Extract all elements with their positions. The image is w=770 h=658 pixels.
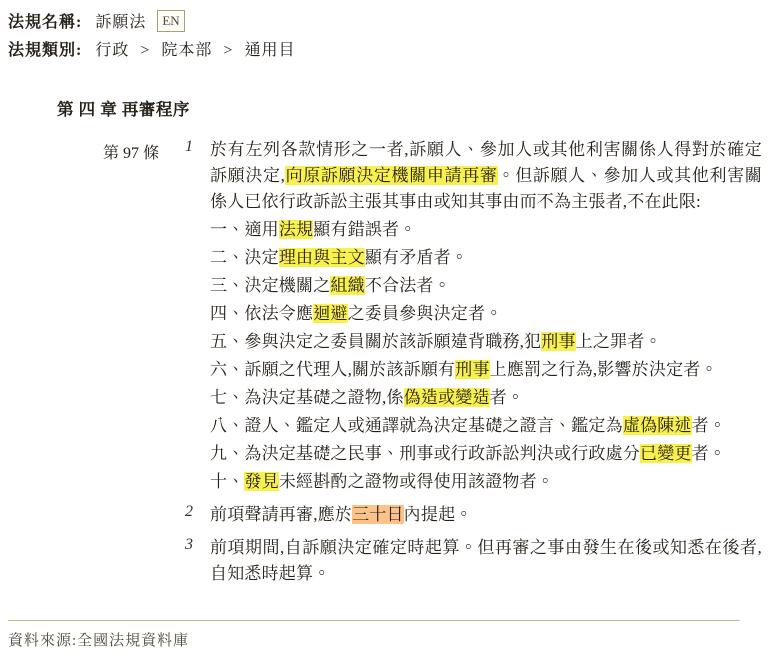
highlighted-text: 向原訴願決定機關申請再審 [285, 166, 497, 185]
text-segment: 三、決定機關之 [210, 276, 330, 295]
breadcrumb: 行政 > 院本部 > 通用目 [95, 42, 295, 59]
highlighted-text: 已變更 [640, 444, 692, 463]
english-version-badge[interactable]: EN [157, 10, 184, 32]
paragraph-1-body: 於有左列各款情形之一者,訴願人、參加人或其他利害關係人得對於確定訴願決定,向原訴… [210, 137, 762, 495]
highlighted-text: 法規 [279, 220, 313, 239]
article-number: 第 97 條 [103, 137, 185, 587]
text-segment: 前項期間,自訴願決定確定時起算。但再審之事由發生在後或知悉在後者,自知悉時起算。 [210, 538, 762, 583]
text-segment: 八、證人、鑑定人或通譯就為決定基礎之證言、鑑定為 [210, 416, 623, 435]
text-segment: 一、適用 [210, 220, 279, 239]
paragraph-list: 1 於有左列各款情形之一者,訴願人、參加人或其他利害關係人得對於確定訴願決定,向… [185, 137, 762, 587]
law-item: 一、適用法規顯有錯誤者。 [210, 217, 762, 243]
law-name-value: 訴願法 [95, 14, 146, 31]
paragraph-3: 3 前項期間,自訴願決定確定時起算。但再審之事由發生在後或知悉在後者,自知悉時起… [185, 535, 762, 587]
law-item: 四、依法令應迴避之委員參與決定者。 [210, 301, 762, 327]
text-segment: 七、為決定基礎之證物,係 [210, 388, 404, 407]
source-text: 資料來源:全國法規資料庫 [8, 633, 189, 649]
law-name-label: 法規名稱: [8, 14, 82, 31]
highlighted-text: 虛偽陳述 [623, 416, 692, 435]
paragraph-1-text: 於有左列各款情形之一者,訴願人、參加人或其他利害關係人得對於確定訴願決定,向原訴… [210, 137, 762, 215]
text-segment: 四、依法令應 [210, 304, 313, 323]
highlighted-text: 三十日 [352, 505, 404, 524]
law-item: 二、決定理由與主文顯有矛盾者。 [210, 245, 762, 271]
law-item: 七、為決定基礎之證物,係偽造或變造者。 [210, 385, 762, 411]
law-item: 六、訴願之代理人,關於該訴願有刑事上應罰之行為,影響於決定者。 [210, 357, 762, 383]
text-segment: 者。 [490, 388, 524, 407]
law-item: 五、參與決定之委員關於該訴願違背職務,犯刑事上之罪者。 [210, 329, 762, 355]
breadcrumb-item-level2[interactable]: 院本部 [161, 42, 212, 59]
text-segment: 未經斟酌之證物或得使用該證物者。 [279, 472, 554, 491]
item-list: 一、適用法規顯有錯誤者。 二、決定理由與主文顯有矛盾者。 三、決定機關之組織不合… [210, 217, 762, 495]
paragraph-1-number: 1 [185, 137, 210, 495]
breadcrumb-separator: > [223, 42, 233, 59]
chapter-heading: 第 四 章 再審程序 [57, 96, 770, 120]
paragraph-2-text: 前項聲請再審,應於三十日內提起。 [210, 502, 762, 528]
highlighted-text: 迴避 [313, 304, 347, 323]
highlighted-text: 刑事 [455, 360, 489, 379]
text-segment: 者。 [692, 444, 726, 463]
text-segment: 之委員參與決定者。 [348, 304, 503, 323]
highlighted-text: 刑事 [541, 332, 575, 351]
text-segment: 上應罰之行為,影響於決定者。 [490, 360, 718, 379]
text-segment: 五、參與決定之委員關於該訴願違背職務,犯 [210, 332, 541, 351]
law-name-row: 法規名稱: 訴願法 EN [8, 9, 762, 37]
breadcrumb-item-level1[interactable]: 行政 [95, 42, 129, 59]
law-item: 十、發見未經斟酌之證物或得使用該證物者。 [210, 469, 762, 495]
highlighted-text: 組織 [330, 276, 364, 295]
paragraph-3-number: 3 [185, 535, 210, 587]
text-segment: 內提起。 [404, 505, 473, 524]
law-category-label: 法規類別: [8, 42, 82, 59]
highlighted-text: 發見 [244, 472, 278, 491]
text-segment: 九、為決定基礎之民事、刑事或行政訴訟判決或行政處分 [210, 444, 640, 463]
breadcrumb-item-level3[interactable]: 通用目 [244, 42, 295, 59]
source-footer: 資料來源:全國法規資料庫 [8, 620, 740, 650]
law-item: 三、決定機關之組織不合法者。 [210, 273, 762, 299]
text-segment: 顯有錯誤者。 [313, 220, 416, 239]
paragraph-3-text: 前項期間,自訴願決定確定時起算。但再審之事由發生在後或知悉在後者,自知悉時起算。 [210, 535, 762, 587]
law-item: 九、為決定基礎之民事、刑事或行政訴訟判決或行政處分已變更者。 [210, 441, 762, 467]
law-item: 八、證人、鑑定人或通譯就為決定基礎之證言、鑑定為虛偽陳述者。 [210, 413, 762, 439]
highlighted-text: 偽造或變造 [404, 388, 490, 407]
highlighted-text: 理由與主文 [279, 248, 365, 267]
text-segment: 者。 [692, 416, 726, 435]
paragraph-1: 1 於有左列各款情形之一者,訴願人、參加人或其他利害關係人得對於確定訴願決定,向… [185, 137, 762, 495]
paragraph-2-number: 2 [185, 502, 210, 528]
text-segment: 前項聲請再審,應於 [210, 505, 352, 524]
paragraph-2: 2 前項聲請再審,應於三十日內提起。 [185, 502, 762, 528]
law-category-row: 法規類別: 行政 > 院本部 > 通用目 [8, 37, 762, 65]
text-segment: 十、 [210, 472, 244, 491]
law-document-page: 法規名稱: 訴願法 EN 法規類別: 行政 > 院本部 > 通用目 第 四 章 … [0, 0, 770, 658]
breadcrumb-separator: > [140, 42, 150, 59]
text-segment: 六、訴願之代理人,關於該訴願有 [210, 360, 455, 379]
article-block: 第 97 條 1 於有左列各款情形之一者,訴願人、參加人或其他利害關係人得對於確… [0, 137, 770, 587]
text-segment: 二、決定 [210, 248, 279, 267]
law-meta: 法規名稱: 訴願法 EN 法規類別: 行政 > 院本部 > 通用目 [0, 0, 770, 65]
text-segment: 上之罪者。 [576, 332, 662, 351]
text-segment: 不合法者。 [365, 276, 451, 295]
text-segment: 顯有矛盾者。 [365, 248, 468, 267]
